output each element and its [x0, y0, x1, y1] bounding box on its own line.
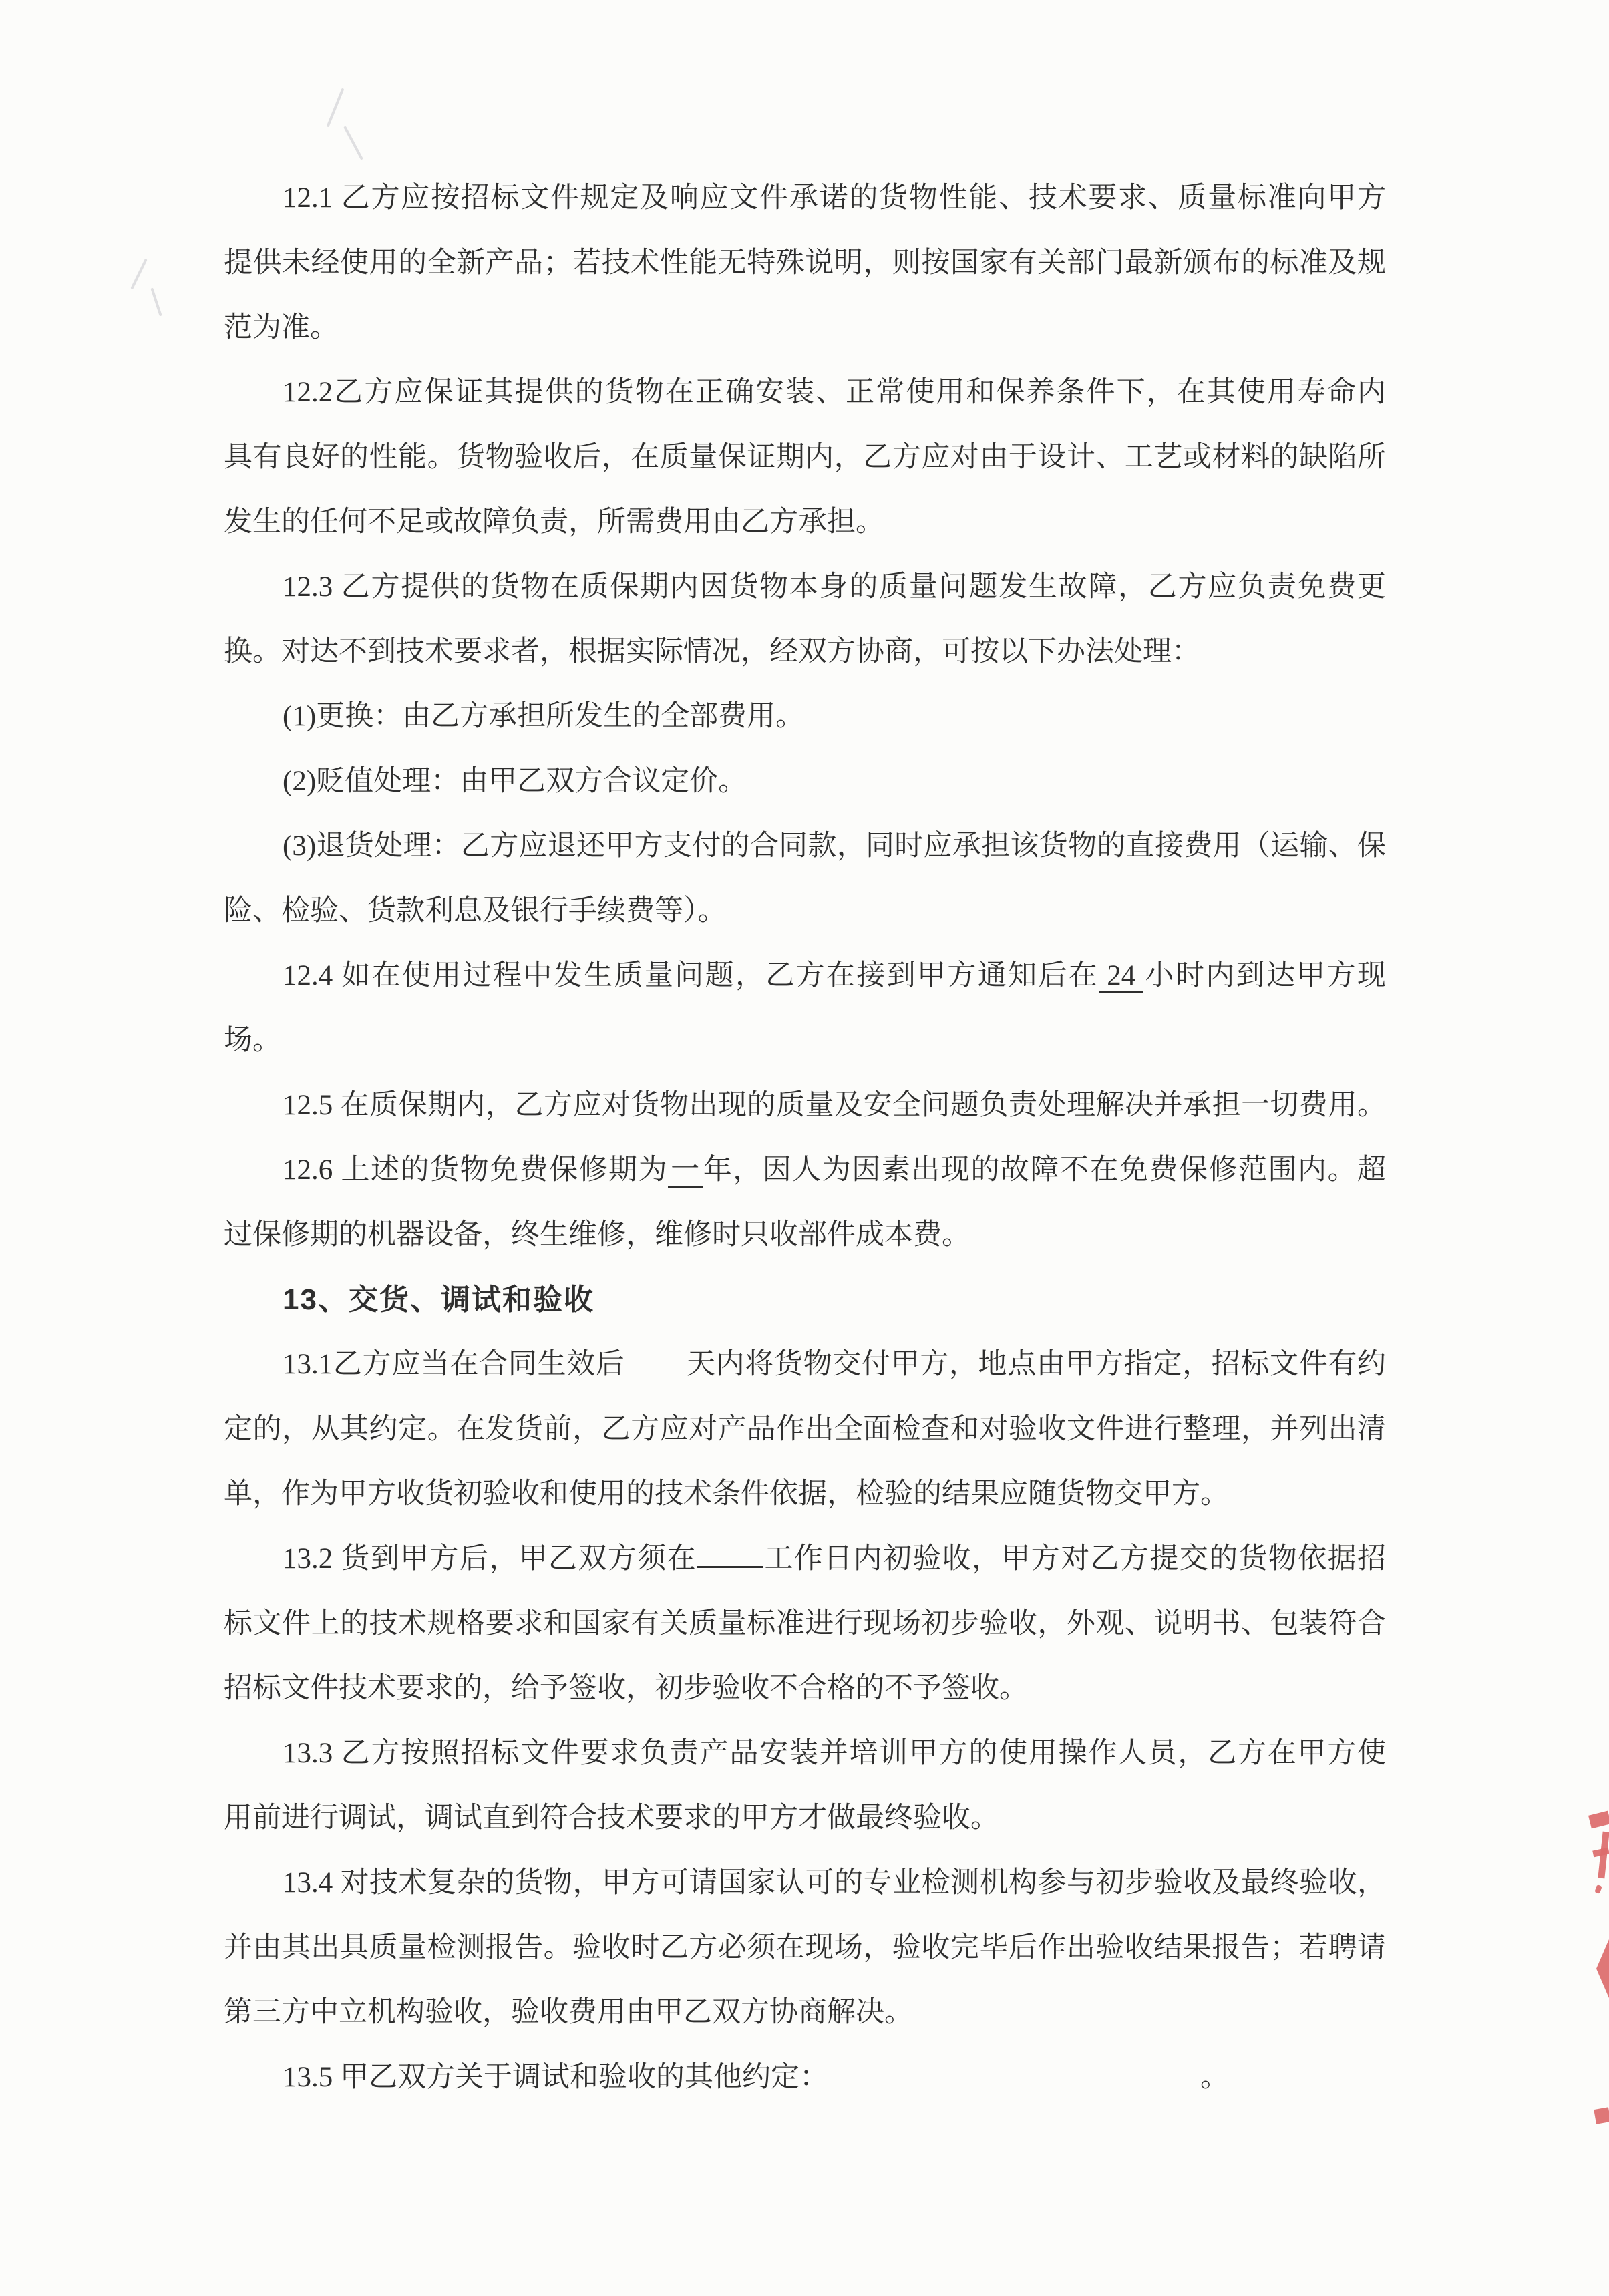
doc-line: 12.5 在质保期内，乙方应对货物出现的质量及安全问题负责处理解决并承担一切费用…	[224, 1073, 1386, 1138]
doc-line: 12.1 乙方应按招标文件规定及响应文件承诺的货物性能、技术要求、质量标准向甲方	[224, 166, 1386, 230]
contract-body: 12.1 乙方应按招标文件规定及响应文件承诺的货物性能、技术要求、质量标准向甲方…	[224, 166, 1386, 2110]
doc-line: 具有良好的性能。货物验收后，在质量保证期内，乙方应对由于设计、工艺或材料的缺陷所	[224, 425, 1386, 490]
doc-line: 换。对达不到技术要求者，根据实际情况，经双方协商，可按以下办法处理：	[224, 619, 1386, 684]
pencil-smudge	[343, 126, 363, 160]
doc-line: 提供未经使用的全新产品；若技术性能无特殊说明，则按国家有关部门最新颁布的标准及规	[224, 230, 1386, 295]
doc-line-text: 13.5 甲乙双方关于调试和验收的其他约定：	[283, 2062, 828, 2093]
doc-line: 过保修期的机器设备，终生维修，维修时只收部件成本费。	[224, 1202, 1386, 1267]
contract-scan-page: 12.1 乙方应按招标文件规定及响应文件承诺的货物性能、技术要求、质量标准向甲方…	[0, 0, 1609, 2296]
pencil-smudge	[327, 88, 345, 128]
doc-line: (1)更换：由乙方承担所发生的全部费用。	[224, 684, 1386, 749]
seal-stroke	[1588, 1811, 1609, 1829]
doc-line: 单，作为甲方收货初验收和使用的技术条件依据，检验的结果应随货物交甲方。	[224, 1462, 1386, 1526]
blank-other-agreement-underline: 。	[828, 2045, 1257, 2110]
doc-line: (3)退货处理：乙方应退还甲方支付的合同款，同时应承担该货物的直接费用（运输、保	[224, 814, 1386, 878]
doc-line-text: 12.4 如在使用过程中发生质量问题，乙方在接到甲方通知后在	[283, 960, 1099, 991]
doc-line: 用前进行调试，调试直到符合技术要求的甲方才做最终验收。	[224, 1786, 1386, 1850]
doc-line-text: 13.2 货到甲方后，甲乙双方须在	[283, 1543, 697, 1575]
section-heading-13: 13、交货、调试和验收	[224, 1267, 1386, 1332]
doc-line: 险、检验、货款利息及银行手续费等）。	[224, 878, 1386, 943]
doc-line: 13.1乙方应当在合同生效后天内将货物交付甲方，地点由甲方指定，招标文件有约	[224, 1332, 1386, 1397]
doc-line-text: 年，因人为因素出现的故障不在免费保修范围内。超	[703, 1154, 1386, 1186]
doc-line: 标文件上的技术规格要求和国家有关质量标准进行现场初步验收，外观、说明书、包装符合	[224, 1591, 1386, 1656]
pencil-smudge	[150, 287, 162, 316]
doc-line: 13.2 货到甲方后，甲乙双方须在工作日内初验收，甲方对乙方提交的货物依据招	[224, 1526, 1386, 1591]
doc-line: 第三方中立机构验收，验收费用由甲乙双方协商解决。	[224, 1980, 1386, 2045]
doc-line: 定的，从其约定。在发货前，乙方应对产品作出全面检查和对验收文件进行整理，并列出清	[224, 1397, 1386, 1462]
doc-line: 12.4 如在使用过程中发生质量问题，乙方在接到甲方通知后在24小时内到达甲方现	[224, 943, 1386, 1008]
doc-line: 12.6 上述的货物免费保修期为一年，因人为因素出现的故障不在免费保修范围内。超	[224, 1138, 1386, 1202]
seal-stroke	[1594, 2107, 1609, 2124]
doc-line: 12.2乙方应保证其提供的货物在正确安装、正常使用和保养条件下，在其使用寿命内	[224, 360, 1386, 425]
doc-line-text: 天内将货物交付甲方，地点由甲方指定，招标文件有约	[686, 1349, 1386, 1380]
doc-line: 12.3 乙方提供的货物在质保期内因货物本身的质量问题发生故障，乙方应负责免费更	[224, 554, 1386, 619]
blank-workdays-underline	[697, 1543, 763, 1568]
doc-line: 范为准。	[224, 295, 1386, 360]
doc-line: 13.5 甲乙双方关于调试和验收的其他约定：。	[224, 2045, 1386, 2110]
underlined-value-hours: 24	[1099, 960, 1143, 993]
doc-line: 场。	[224, 1008, 1386, 1073]
doc-line-text: 小时内到达甲方现	[1143, 960, 1386, 991]
seal-star-point	[1596, 1939, 1609, 1998]
doc-line-text: 13.1乙方应当在合同生效后	[283, 1349, 624, 1380]
doc-line: (2)贬值处理：由甲乙双方合议定价。	[224, 749, 1386, 814]
doc-line-text: 工作日内初验收，甲方对乙方提交的货物依据招	[763, 1543, 1386, 1575]
doc-line: 13.3 乙方按照招标文件要求负责产品安装并培训甲方的使用操作人员，乙方在甲方使	[224, 1721, 1386, 1786]
doc-line: 13.4 对技术复杂的货物，甲方可请国家认可的专业检测机构参与初步验收及最终验收…	[224, 1850, 1386, 1915]
doc-line-text: 12.6 上述的货物免费保修期为	[283, 1154, 668, 1186]
doc-line: 并由其出具质量检测报告。验收时乙方必须在现场，验收完毕后作出验收结果报告；若聘请	[224, 1915, 1386, 1980]
doc-line: 发生的任何不足或故障负责，所需费用由乙方承担。	[224, 490, 1386, 554]
seal-stroke	[1594, 1884, 1602, 1894]
underlined-value-warranty-years: 一	[668, 1154, 703, 1188]
pencil-smudge	[130, 259, 148, 290]
doc-line: 招标文件技术要求的，给予签收，初步验收不合格的不予签收。	[224, 1656, 1386, 1721]
